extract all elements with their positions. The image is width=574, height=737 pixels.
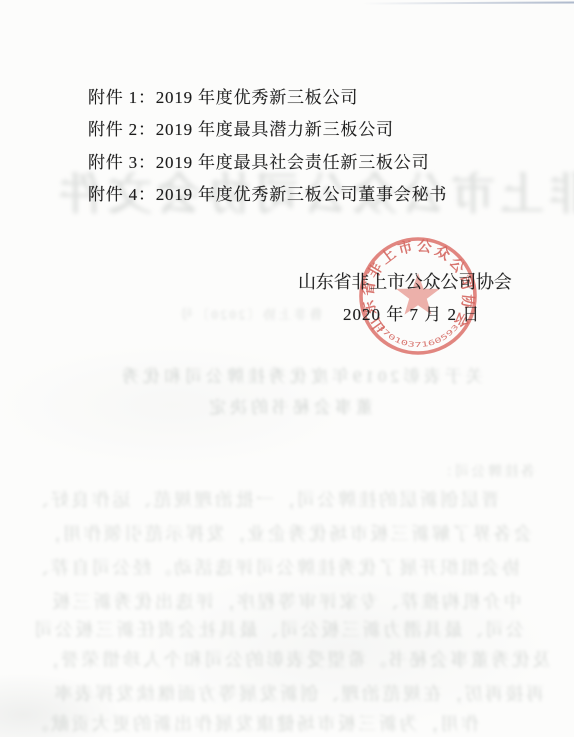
- signature-org: 山东省非上市公众公司协会: [298, 268, 512, 294]
- bleedthrough-body-line: 作用，为新三板市场健康发展作出新的更大贡献。: [28, 710, 479, 736]
- bleedthrough-body-line: 中介机构推荐、专家评审等程序，评选出优秀新三板: [50, 588, 522, 614]
- attachment-line: 附件 1：2019 年度优秀新三板公司: [88, 82, 447, 114]
- bleedthrough-body-line: 晋层创新层的挂牌公司，一批治理规范、运作良好、: [28, 486, 500, 512]
- bleedthrough-body-line: 再接再厉，在规范治理、创新发展等方面继续发挥表率: [52, 680, 544, 706]
- signature-date: 2020 年 7 月 2 日: [343, 300, 480, 325]
- bleedthrough-body-line: 协会组织开展了优秀挂牌公司评选活动。经公司自荐、: [28, 554, 520, 580]
- bleedthrough-body-line: 及优秀董事会秘书。希望受表彰的公司和个人珍惜荣誉，: [38, 646, 551, 672]
- attachment-line: 附件 3：2019 年度最具社会责任新三板公司: [88, 147, 447, 179]
- bleedthrough-doc-number: 鲁非上协〔2020〕号: [178, 304, 323, 323]
- bleedthrough-salutation: 各挂牌公司：: [436, 461, 535, 481]
- attachment-line: 附件 2：2019 年度最具潜力新三板公司: [88, 114, 447, 146]
- attachment-line: 附件 4：2019 年度优秀新三板公司董事会秘书: [88, 179, 447, 211]
- bleedthrough-body-line: 会各界了解新三板市场优秀企业，发挥示范引领作用，: [40, 520, 532, 546]
- bleedthrough-body-line: 公司、最具潜力新三板公司、最具社会责任新三板公司: [32, 616, 524, 642]
- bleedthrough-title-line: 董事会秘书的决定: [205, 393, 373, 418]
- official-seal: 山东省非上市公众公司协会 3701037160593: [348, 226, 492, 370]
- attachment-list: 附件 1：2019 年度优秀新三板公司 附件 2：2019 年度最具潜力新三板公…: [88, 82, 447, 212]
- scan-artifact-line: [362, 1, 574, 4]
- scanned-document-page: 山东省非上市公众公司协会文件 鲁非上协〔2020〕号 关于表彰2019年度优秀挂…: [0, 0, 574, 737]
